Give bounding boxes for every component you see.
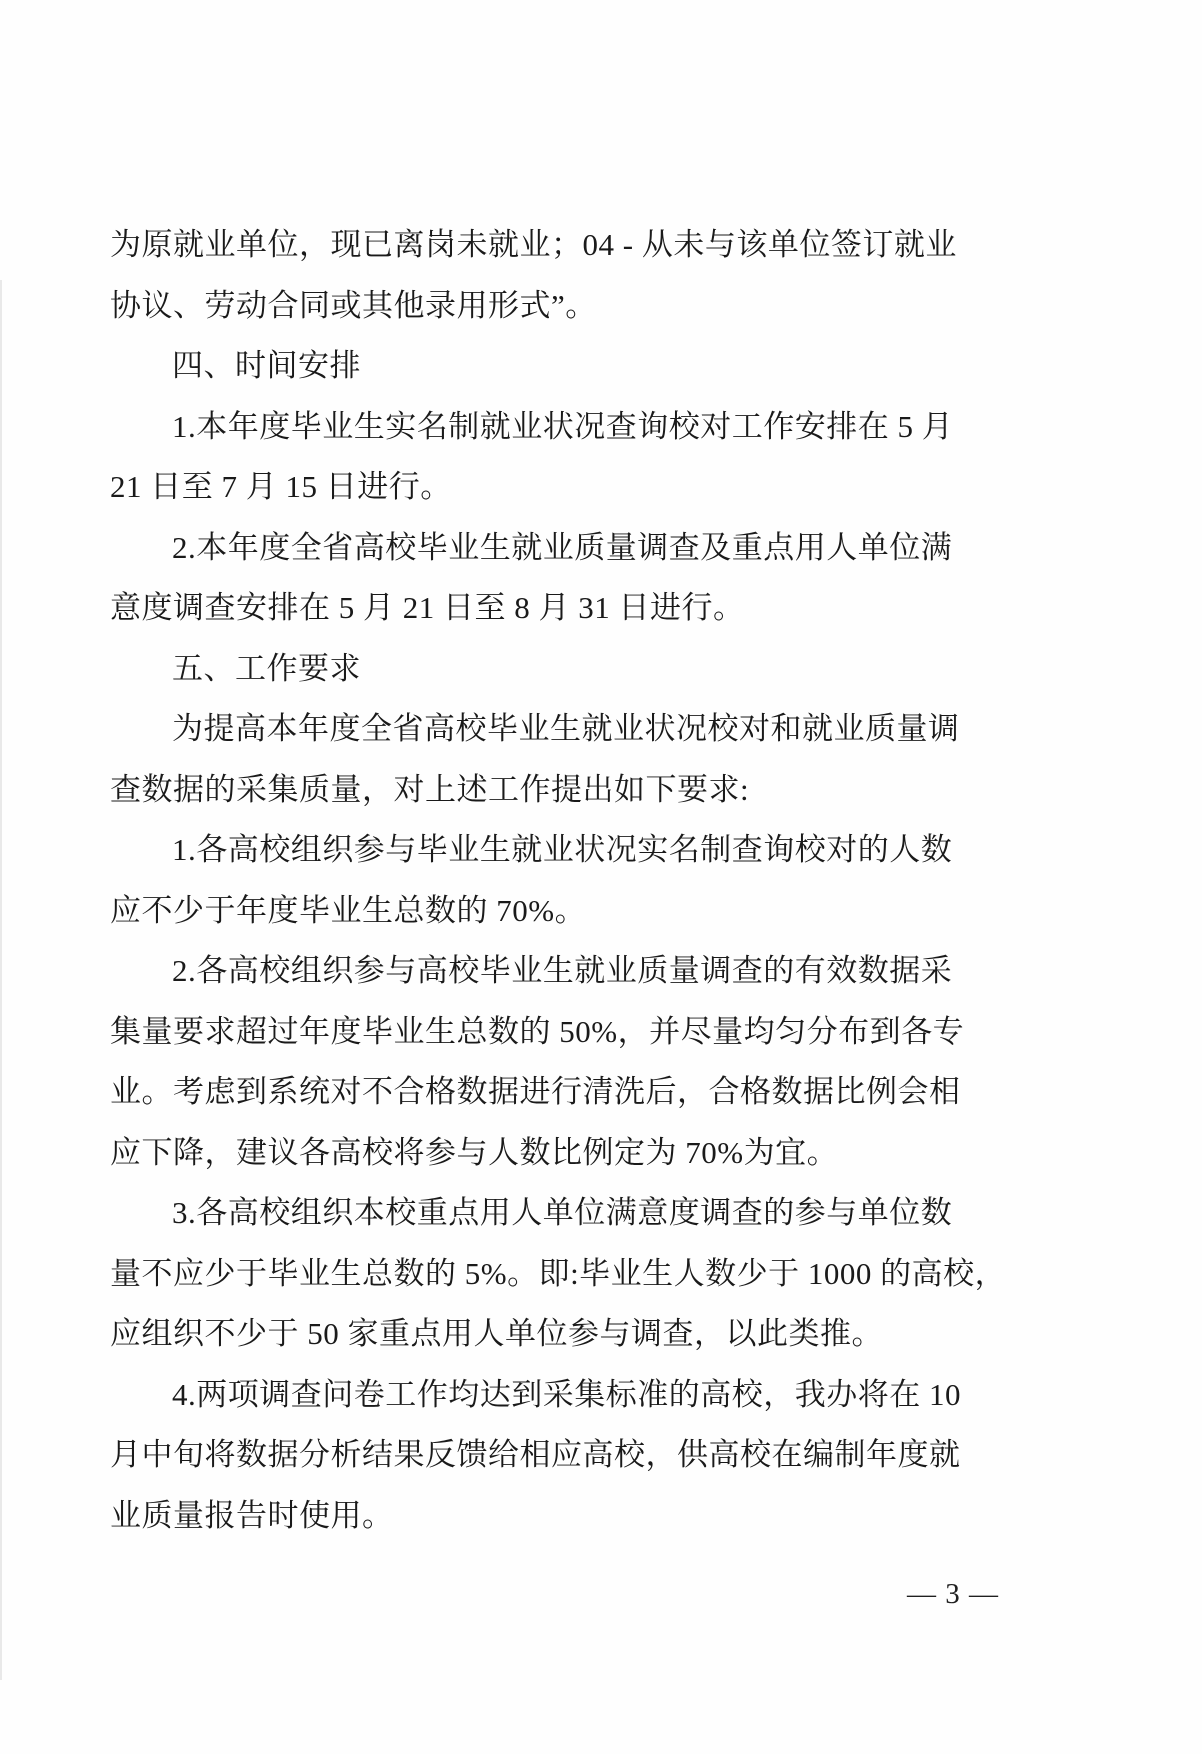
text-line: 1.各高校组织参与毕业生就业状况实名制查询校对的人数 xyxy=(110,820,938,881)
text-line: 量不应少于毕业生总数的 5%。即:毕业生人数少于 1000 的高校， xyxy=(110,1244,938,1305)
text-line: 应不少于年度毕业生总数的 70%。 xyxy=(110,881,938,942)
section-heading-5: 五、工作要求 xyxy=(110,639,938,700)
text-line: 为原就业单位，现已离岗未就业；04 - 从未与该单位签订就业 xyxy=(110,215,938,276)
section-heading-4: 四、时间安排 xyxy=(110,336,938,397)
document-body: 为原就业单位，现已离岗未就业；04 - 从未与该单位签订就业 协议、劳动合同或其… xyxy=(110,215,938,1546)
text-line: 意度调查安排在 5 月 21 日至 8 月 31 日进行。 xyxy=(110,578,938,639)
text-line: 集量要求超过年度毕业生总数的 50%，并尽量均匀分布到各专 xyxy=(110,1002,938,1063)
text-line: 为提高本年度全省高校毕业生就业状况校对和就业质量调 xyxy=(110,699,938,760)
scanned-document-page: 为原就业单位，现已离岗未就业；04 - 从未与该单位签订就业 协议、劳动合同或其… xyxy=(0,0,1202,1754)
text-line: 2.各高校组织参与高校毕业生就业质量调查的有效数据采 xyxy=(110,941,938,1002)
text-line: 查数据的采集质量，对上述工作提出如下要求: xyxy=(110,760,938,821)
text-line: 应下降，建议各高校将参与人数比例定为 70%为宜。 xyxy=(110,1123,938,1184)
text-line: 业。考虑到系统对不合格数据进行清洗后，合格数据比例会相 xyxy=(110,1062,938,1123)
text-line: 协议、劳动合同或其他录用形式”。 xyxy=(110,276,938,337)
text-line: 应组织不少于 50 家重点用人单位参与调查，以此类推。 xyxy=(110,1304,938,1365)
text-line: 1.本年度毕业生实名制就业状况查询校对工作安排在 5 月 xyxy=(110,397,938,458)
text-line: 4.两项调查问卷工作均达到采集标准的高校，我办将在 10 xyxy=(110,1365,938,1426)
scan-edge-artifact xyxy=(0,280,2,1680)
page-number: — 3 — xyxy=(888,1578,1018,1611)
text-line: 月中旬将数据分析结果反馈给相应高校，供高校在编制年度就 xyxy=(110,1425,938,1486)
text-line: 业质量报告时使用。 xyxy=(110,1486,938,1547)
text-line: 3.各高校组织本校重点用人单位满意度调查的参与单位数 xyxy=(110,1183,938,1244)
text-line: 21 日至 7 月 15 日进行。 xyxy=(110,457,938,518)
text-line: 2.本年度全省高校毕业生就业质量调查及重点用人单位满 xyxy=(110,518,938,579)
